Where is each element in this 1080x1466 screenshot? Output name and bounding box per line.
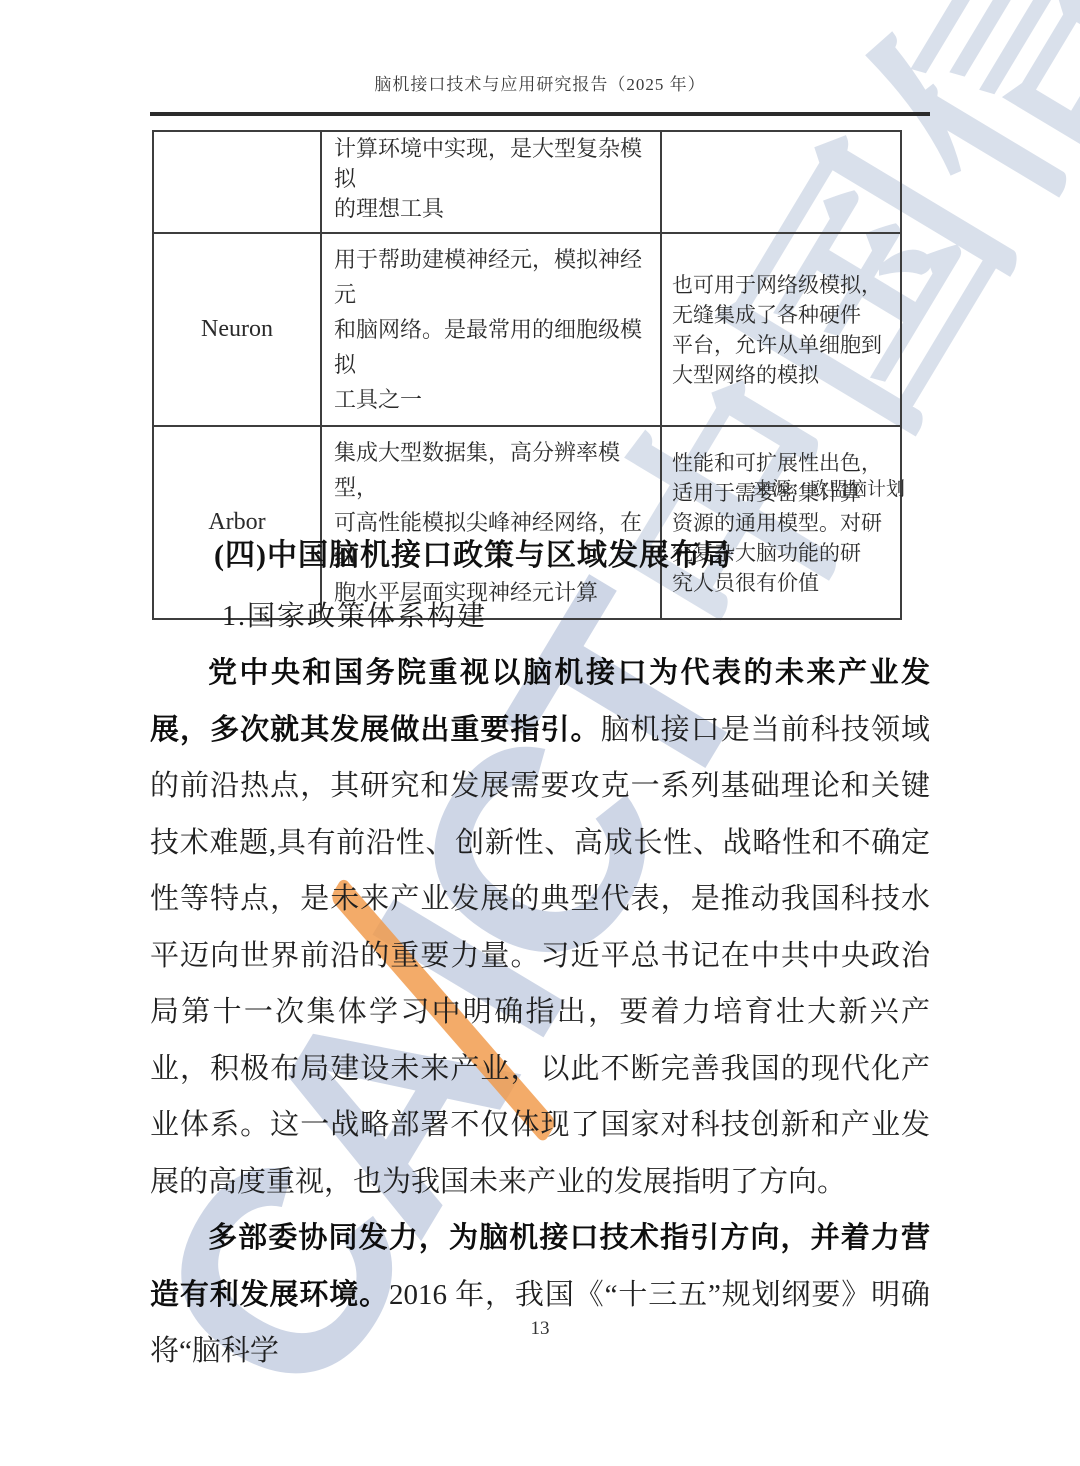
- tool-extra-cell: [661, 131, 901, 233]
- tool-description-cell: 用于帮助建模神经元，模拟神经元 和脑网络。是最常用的细胞级模拟 工具之一: [321, 233, 661, 426]
- page-content: 脑机接口技术与应用研究报告（2025 年） 计算环境中实现，是大型复杂模拟 的理…: [0, 0, 1080, 1466]
- tool-description-cell: 集成大型数据集，高分辨率模型， 可高性能模拟尖峰神经网络，在细 胞水平层面实现神…: [321, 426, 661, 619]
- table-row: 计算环境中实现，是大型复杂模拟 的理想工具: [153, 131, 901, 233]
- report-header-title: 脑机接口技术与应用研究报告（2025 年）: [150, 70, 930, 95]
- body-text: 党中央和国务院重视以脑机接口为代表的未来产业发展，多次就其发展做出重要指引。脑机…: [150, 645, 930, 1380]
- tool-extra-cell: 也可用于网络级模拟， 无缝集成了各种硬件 平台，允许从单细胞到 大型网络的模拟: [661, 233, 901, 426]
- tool-name-cell: Arbor: [153, 426, 321, 619]
- paragraph-1: 党中央和国务院重视以脑机接口为代表的未来产业发展，多次就其发展做出重要指引。脑机…: [150, 645, 930, 1210]
- table-source-note: 来源：欧盟脑计划: [150, 474, 905, 501]
- tool-description-cell: 计算环境中实现，是大型复杂模拟 的理想工具: [321, 131, 661, 233]
- paragraph-2: 多部委协同发力，为脑机接口技术指引方向，并着力营造有利发展环境。2016 年，我…: [150, 1210, 930, 1380]
- tool-extra-cell: 性能和可扩展性出色， 适用于需要密集计算 资源的通用模型。对研 究复杂大脑功能的…: [661, 426, 901, 619]
- header-rule: [150, 112, 930, 116]
- tool-name-cell: [153, 131, 321, 233]
- page-number: 13: [0, 1318, 1080, 1340]
- document-page: CA ICT 中国信通院 脑机接口技术与应用研究报告（2025 年） 计算环境中…: [0, 0, 1080, 1466]
- table-row: Arbor 集成大型数据集，高分辨率模型， 可高性能模拟尖峰神经网络，在细 胞水…: [153, 426, 901, 619]
- table-row: Neuron 用于帮助建模神经元，模拟神经元 和脑网络。是最常用的细胞级模拟 工…: [153, 233, 901, 426]
- subsection-heading: 1.国家政策体系构建: [222, 594, 487, 634]
- section-heading: (四)中国脑机接口政策与区域发展布局: [214, 530, 732, 574]
- tool-name-cell: Neuron: [153, 233, 321, 426]
- paragraph-1-body: 脑机接口是当前科技领域的前沿热点，其研究和发展需要攻克一系列基础理论和关键技术难…: [150, 714, 930, 1198]
